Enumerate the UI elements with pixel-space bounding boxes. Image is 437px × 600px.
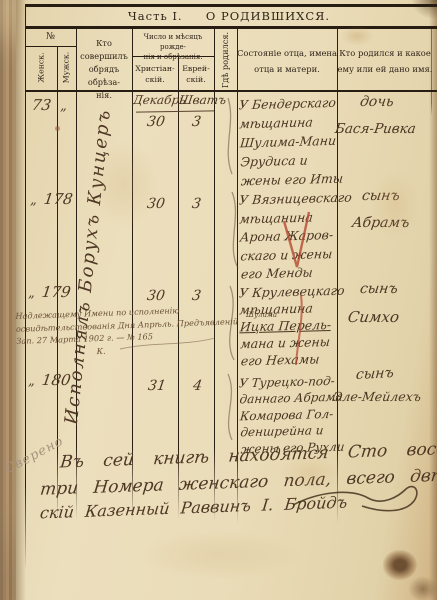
header-line: ему или ей дано имя.: [337, 61, 433, 77]
header-dates-group: Число и мѣсяцъ рожде- нія и обрѣзанія.: [132, 32, 214, 62]
row3-child-name: Симхо: [348, 308, 399, 326]
entry-line: У Вязницевскаго: [238, 189, 352, 211]
date-value: 3: [191, 288, 202, 304]
header-line: скій.: [178, 74, 214, 85]
month-christian: Декабрь: [133, 93, 179, 107]
entry-text: сынъ: [355, 365, 394, 383]
row1-christian-date: 30: [147, 114, 165, 130]
row2-jewish-date: 3: [192, 196, 201, 212]
header-line: нія и обрѣзанія.: [132, 52, 214, 62]
row3-female-no: „: [28, 286, 35, 301]
row3-male-no: 179: [42, 283, 71, 301]
tear-spot: [383, 550, 417, 580]
row3-interline-correction: Шулима: [246, 311, 277, 319]
row3-christian-date: 30: [147, 288, 165, 304]
header-no: №: [25, 31, 76, 42]
date-value: 30: [146, 196, 166, 212]
row2-child-name: Абрамъ: [352, 215, 409, 231]
entry-text: дочь: [359, 94, 395, 110]
row4-male-no: 180: [42, 371, 71, 389]
clerical-annotation: Надлежащему Имени по исполненію освидѣте…: [15, 302, 242, 360]
header-line: Еврей-: [178, 63, 214, 74]
header-jewish: Еврей- скій.: [178, 63, 214, 85]
entry-text: Симхо: [347, 308, 401, 326]
table-border-top: [25, 4, 437, 7]
date-value: 30: [146, 114, 166, 130]
header-line: Состояніе отца, имена: [237, 45, 337, 61]
page-title-section: О РОДИВШИХСЯ.: [206, 9, 330, 23]
title-underline: [25, 26, 437, 29]
date-value: 31: [147, 378, 167, 394]
row2-female-no: „: [30, 193, 37, 208]
row3-father-entry: У Крулевецкаго мѣщанина Ицка Перель- ман…: [239, 282, 347, 370]
row4-child-word: сынъ: [356, 365, 395, 383]
row4-female-no: „: [28, 374, 35, 389]
entry-number: 73: [31, 96, 53, 114]
stain: [140, 530, 300, 580]
entry-text: сынъ: [361, 188, 401, 204]
header-father-status: Состояніе отца, имена отца и матери.: [237, 45, 337, 77]
date-value: 4: [192, 378, 203, 394]
row2-father-entry: У Вязницевскаго мѣщанина Арона Жаров- ск…: [239, 189, 354, 285]
table-border-left: [25, 4, 26, 570]
entry-text: сынъ: [359, 281, 399, 297]
book-binding-edge: [0, 0, 16, 600]
page-title-part: Часть I.: [128, 9, 183, 23]
header-line: Кто совершилъ: [76, 37, 132, 63]
header-line: отца и матери.: [237, 61, 337, 77]
page-title: Часть I. О РОДИВШИХСЯ.: [25, 9, 433, 23]
row2-male-no: 178: [44, 190, 73, 208]
row1-male-no: „: [60, 99, 67, 114]
header-line: Число и мѣсяцъ рожде-: [132, 32, 214, 52]
header-male: Мужск.: [62, 48, 71, 88]
flourish-row1: [228, 98, 232, 174]
header-female: Женск.: [37, 48, 46, 88]
row1-jewish-date: 3: [192, 114, 201, 130]
month-underline: [136, 110, 214, 112]
row3-jewish-date: 3: [192, 288, 201, 304]
entry-text: Эле-Мейлехъ: [332, 389, 422, 404]
entry-line: жены его Иты: [240, 169, 344, 191]
date-value: 3: [191, 114, 202, 130]
row3-child-word: сынъ: [360, 281, 398, 297]
row1-female-no: 73: [32, 96, 51, 114]
date-value: 30: [146, 288, 166, 304]
month-text: Шватъ: [178, 93, 227, 107]
header-christian: Христіан- скій.: [132, 63, 178, 85]
row1-child-word: дочь: [360, 94, 394, 110]
row1-child-name: Бася-Ривка: [335, 121, 416, 137]
stain: [340, 26, 374, 46]
header-who-performed: Кто совершилъ обрядъ обрѣза- нія.: [76, 37, 132, 102]
row4-child-name: Эле-Мейлехъ: [333, 389, 421, 404]
row4-jewish-date: 4: [193, 378, 202, 394]
entry-number: 179: [41, 283, 72, 301]
entry-number: 180: [41, 371, 72, 389]
date-value: 3: [191, 196, 202, 212]
header-line: Кто родился и какое: [337, 45, 433, 61]
header-where-born: Гдѣ родился.: [220, 31, 230, 89]
header-child-name: Кто родился и какое ему или ей дано имя.: [337, 45, 433, 77]
row2-christian-date: 30: [147, 196, 165, 212]
flourish-row4: [228, 374, 232, 440]
row4-christian-date: 31: [148, 378, 166, 394]
header-line: скій.: [132, 74, 178, 85]
scanned-register-page: Часть I. О РОДИВШИХСЯ. № Женск. Мужск. К…: [0, 0, 437, 600]
entry-text: Абрамъ: [351, 215, 411, 231]
header-line: обрядъ обрѣза-: [76, 63, 132, 89]
entry-text: Бася-Ривка: [334, 121, 417, 137]
header-line: Христіан-: [132, 63, 178, 74]
row2-child-word: сынъ: [362, 188, 400, 204]
month-jewish: Шватъ: [179, 93, 215, 107]
row1-father-entry: У Бендерскаго мѣщанина Шулима-Мани Эруди…: [239, 93, 344, 191]
entry-line: его Нехамы: [240, 350, 347, 370]
entry-number: 178: [43, 190, 74, 208]
